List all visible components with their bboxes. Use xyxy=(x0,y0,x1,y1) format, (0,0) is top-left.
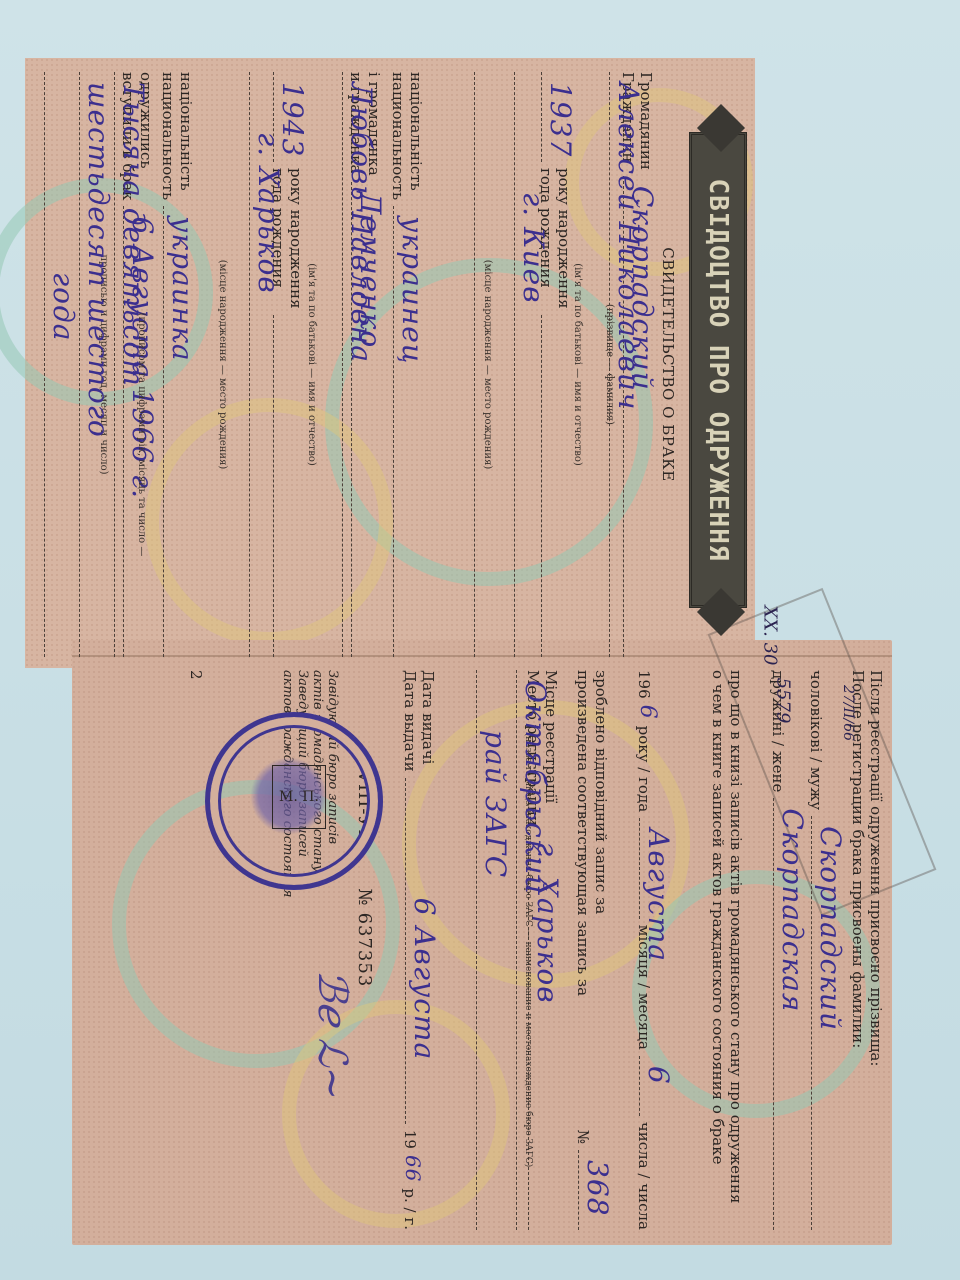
issue-year-prefix: 19 xyxy=(401,1130,419,1149)
record-number: 368 xyxy=(581,1160,614,1216)
record-text-uk: зроблено відповідний запис за xyxy=(592,670,610,914)
bride-birth-year-label-uk: року народження xyxy=(287,168,305,309)
bride-name: Любовь Павловна xyxy=(345,82,378,363)
nationality-label-ru: национальность xyxy=(389,72,407,200)
round-official-seal-icon: М. П. xyxy=(205,712,383,890)
number-label: № xyxy=(354,889,375,907)
day-label: числа / числа xyxy=(635,1122,653,1230)
bride-nationality-label-ru: национальность xyxy=(159,72,177,200)
groom-birthplace: г. Киев xyxy=(517,192,550,304)
bride-birthplace: г. Харьков xyxy=(252,132,285,294)
registration-place-2: Октябрьский xyxy=(519,680,552,895)
margin-note-2: 5579 xyxy=(772,678,793,724)
official-signature: ℬℯ ℒ~ xyxy=(309,970,355,1100)
year-label: року / года xyxy=(635,726,653,813)
marriage-date-words-2: шестьдесят шестого xyxy=(82,82,115,438)
registration-month: Августа xyxy=(642,828,675,962)
issue-year-tail: р. / г. xyxy=(401,1188,419,1230)
record-text-ru: произведена соответствующая запись за xyxy=(574,670,592,996)
groom-birth-year: 1937 xyxy=(544,82,577,157)
marriage-date-row-3: шестьдесят шестого xyxy=(75,72,80,657)
book-text-uk: про що в книзі записів актів громадянськ… xyxy=(727,670,745,1230)
wife-surname: Скорпадская xyxy=(776,808,809,1012)
nationality-label-uk: національність xyxy=(407,72,425,191)
bride-name-row: Любовь Павловна xyxy=(338,72,343,657)
registration-place-row-2: Октябрьский xyxy=(512,670,517,1230)
marriage-date-words-3: года xyxy=(47,272,80,341)
serial-number: 637353 xyxy=(354,913,375,988)
left-page-content: СВІДОЦТВО ПРО ОДРУЖЕННЯ СВИДЕТЕЛЬСТВО О … xyxy=(25,72,755,657)
record-no-label: № xyxy=(574,1130,592,1144)
groom-name: Алексей Николаевич xyxy=(612,82,645,410)
bride-nationality: украинка xyxy=(166,216,199,361)
book-text-ru: о чем в книге записей актов гражданского… xyxy=(709,670,727,1230)
name-hint: (ім'я та по батькові — имя и отчество) xyxy=(572,72,583,657)
husband-surname-row: чоловікові / мужу Скорпадский xyxy=(807,670,825,1230)
groom-nationality-row-2: національністьнациональность украинец xyxy=(389,72,425,657)
birth-year-label-uk: року народження xyxy=(555,168,573,309)
bride-nationality-row: національністьнациональность украинка xyxy=(159,72,195,657)
title-ukrainian: СВІДОЦТВО ПРО ОДРУЖЕННЯ xyxy=(703,178,733,561)
registration-place-3: рай ЗАГС xyxy=(479,730,512,878)
birthplace-hint: (місце народження — место рождения) xyxy=(482,72,493,657)
surnames-intro-uk: Після реєстрації одруження присвоєно прі… xyxy=(867,670,885,1230)
page-number: 2 xyxy=(187,670,205,1230)
year-prefix: 196 xyxy=(635,670,653,699)
issue-date: 6 Августа xyxy=(408,898,441,1061)
book-text: про що в книзі записів актів громадянськ… xyxy=(709,670,745,1230)
marriage-date-row-4: года xyxy=(40,72,45,657)
margin-note-1: XX. 30 xyxy=(759,606,780,666)
year-digit: 6 xyxy=(635,705,660,720)
record-number-row: зроблено відповідний запис запроизведена… xyxy=(574,670,610,1230)
issue-year-suffix: 66 xyxy=(401,1155,425,1182)
surnames-intro-ru: После регистрации брака присвоены фамили… xyxy=(849,670,867,1230)
title-russian: СВИДЕТЕЛЬСТВО О БРАКЕ xyxy=(659,72,677,657)
surnames-intro: Після реєстрації одруження присвоєно прі… xyxy=(849,670,885,1230)
bride-birthplace-row: г. Харьков xyxy=(245,72,250,657)
registration-date-row: 196 6 року / года Августа місяця / месяц… xyxy=(635,670,660,1230)
issue-date-label-ru: Дата выдачи xyxy=(401,670,419,772)
registration-place-row-3: рай ЗАГС xyxy=(472,670,477,1230)
seal-placeholder: М. П. xyxy=(272,765,326,829)
husband-label: чоловікові / мужу xyxy=(807,670,825,810)
issue-date-row: Дата видачіДата выдачи 6 Августа 19 66 р… xyxy=(401,670,437,1230)
issue-date-label-uk: Дата видачі xyxy=(419,670,437,764)
bride-name-hint: (ім'я та по батькові — имя и отчество) xyxy=(306,72,317,657)
groom-name-row: Алексей Николаевич xyxy=(605,72,610,657)
groom-birthplace-row: г. Киев xyxy=(510,72,515,657)
husband-surname: Скорпадский xyxy=(814,826,847,1031)
margin-note-3: 27/II/66 xyxy=(840,685,856,741)
groom-nationality: украинец xyxy=(396,216,429,364)
wife-surname-row: дружині / жене Скорпадская xyxy=(769,670,787,1230)
groom-birth-year-row: 1937 року народженнягода рождения xyxy=(537,72,573,657)
bride-birthplace-hint: (місце народження — место рождения) xyxy=(217,72,228,657)
marriage-date-words-1: Тысяча девятьсот xyxy=(117,82,150,387)
decorative-title-banner-icon: СВІДОЦТВО ПРО ОДРУЖЕННЯ xyxy=(689,132,747,608)
bride-nationality-label-uk: національність xyxy=(177,72,195,191)
groom-nationality-row xyxy=(470,72,475,657)
registration-day: 6 xyxy=(642,1066,675,1085)
